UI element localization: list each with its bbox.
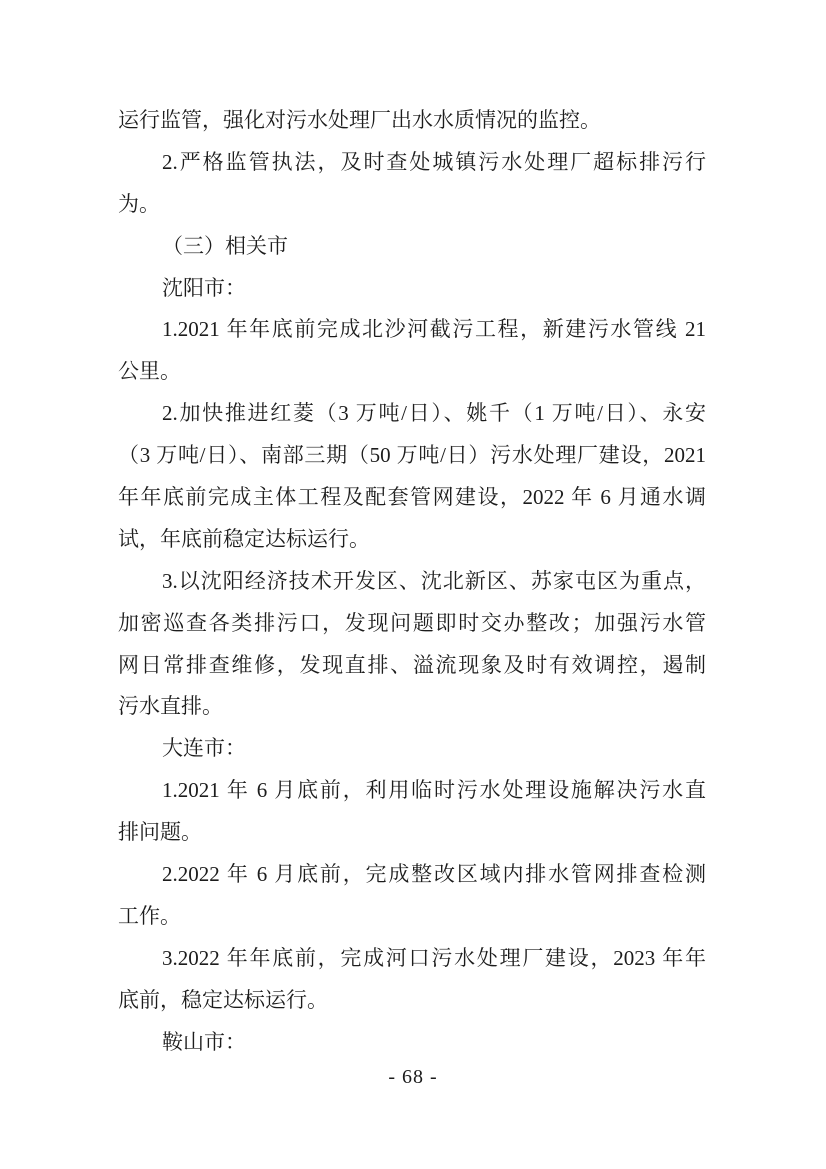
text-line: 加密巡查各类排污口，发现问题即时交办整改；加强污水管 bbox=[118, 603, 706, 645]
text-line: 污水直排。 bbox=[118, 686, 706, 728]
text-line: 大连市： bbox=[118, 728, 706, 770]
text-line: 2.2022 年 6 月底前，完成整改区域内排水管网排查检测 bbox=[118, 854, 706, 896]
document-page: 运行监管，强化对污水处理厂出水水质情况的监控。2.严格监管执法，及时查处城镇污水… bbox=[0, 0, 826, 1169]
text-line: 试，年底前稳定达标运行。 bbox=[118, 519, 706, 561]
text-line: 3.2022 年年底前，完成河口污水处理厂建设，2023 年年 bbox=[118, 938, 706, 980]
text-line: 1.2021 年年底前完成北沙河截污工程，新建污水管线 21 bbox=[118, 309, 706, 351]
document-body: 运行监管，强化对污水处理厂出水水质情况的监控。2.严格监管执法，及时查处城镇污水… bbox=[118, 100, 706, 1063]
text-line: （三）相关市 bbox=[118, 226, 706, 268]
text-line: 底前，稳定达标运行。 bbox=[118, 980, 706, 1022]
text-line: （3 万吨/日）、南部三期（50 万吨/日）污水处理厂建设，2021 bbox=[118, 435, 706, 477]
text-line: 工作。 bbox=[118, 896, 706, 938]
text-line: 为。 bbox=[118, 184, 706, 226]
text-line: 鞍山市： bbox=[118, 1022, 706, 1064]
text-line: 排问题。 bbox=[118, 812, 706, 854]
text-line: 沈阳市： bbox=[118, 268, 706, 310]
text-line: 运行监管，强化对污水处理厂出水水质情况的监控。 bbox=[118, 100, 706, 142]
text-line: 1.2021 年 6 月底前，利用临时污水处理设施解决污水直 bbox=[118, 770, 706, 812]
text-line: 2.加快推进红菱（3 万吨/日）、姚千（1 万吨/日）、永安 bbox=[118, 393, 706, 435]
text-line: 网日常排查维修，发现直排、溢流现象及时有效调控，遏制 bbox=[118, 645, 706, 687]
text-line: 2.严格监管执法，及时查处城镇污水处理厂超标排污行 bbox=[118, 142, 706, 184]
text-line: 公里。 bbox=[118, 351, 706, 393]
page-number: - 68 - bbox=[0, 1066, 826, 1089]
text-line: 3.以沈阳经济技术开发区、沈北新区、苏家屯区为重点， bbox=[118, 561, 706, 603]
text-line: 年年底前完成主体工程及配套管网建设，2022 年 6 月通水调 bbox=[118, 477, 706, 519]
